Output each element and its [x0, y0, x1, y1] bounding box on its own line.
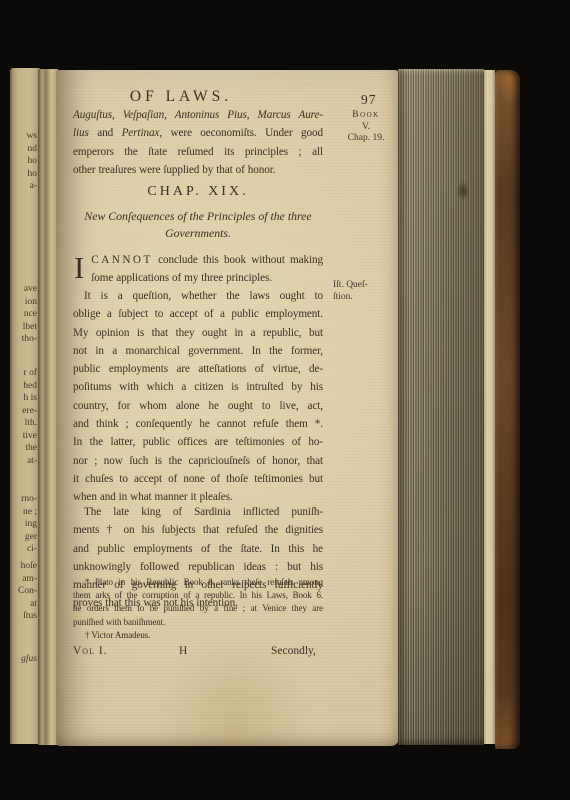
inner-page-edge [484, 70, 495, 744]
gutter-fold [38, 69, 58, 745]
opening-paragraph: I CANNOT conclude this book without maki… [73, 251, 323, 288]
fore-edge-stain [456, 181, 470, 201]
catchword: Secondly, [271, 645, 316, 657]
facing-page-fragments: r ofhedh isere-lth.tivetheat- [11, 367, 37, 467]
facing-page-fragments: hoſeam-Con-atſtus [11, 560, 37, 623]
fore-edge-page-block [398, 69, 484, 745]
footnote-victor-amadeus: † Victor Amadeus. [73, 629, 323, 642]
page-number: 97 [361, 92, 377, 108]
footnote-plato: * Plato in his Republic Book 8. ranks th… [73, 576, 323, 629]
facing-page-fragments: gſus [11, 653, 37, 666]
opening-paragraph-lines: CANNOT conclude this book without making… [73, 251, 323, 288]
continuation-paragraph: Auguſtus, Veſpaſian, Antoninus Pius, Mar… [73, 106, 323, 179]
facing-page-fragments: rno-ne ;inggerci- [11, 493, 37, 556]
book-page: OF LAWS. 97 BookV.Chap. 19. Iſt. Queſ-ſt… [56, 70, 399, 746]
volume-label: Vol I. [73, 645, 108, 657]
book-photo: wsndhohoa- aveionncelbettho- r ofhedh is… [10, 68, 520, 749]
facing-page-fragments: wsndhohoa- [11, 130, 37, 193]
chapter-heading: CHAP. XIX. [73, 184, 323, 200]
margin-note-book-chapter: BookV.Chap. 19. [333, 110, 399, 145]
signature-mark: H [179, 645, 187, 657]
leather-cover-edge [495, 70, 520, 749]
facing-page-fragments: aveionncelbettho- [11, 283, 37, 346]
drop-cap: I [73, 251, 91, 283]
page-footer: Vol I. H Secondly, [73, 645, 323, 661]
chapter-subtitle: New Conſequences of the Principles of th… [73, 208, 323, 242]
facing-page-edge: wsndhohoa- aveionncelbettho- r ofhedh is… [10, 68, 40, 744]
margin-note-first-question: Iſt. Queſ-ſtion. [333, 280, 399, 303]
paragraph-public-employment: It is a queſtion, whether the laws ought… [73, 287, 323, 507]
running-header: OF LAWS. [56, 88, 306, 106]
